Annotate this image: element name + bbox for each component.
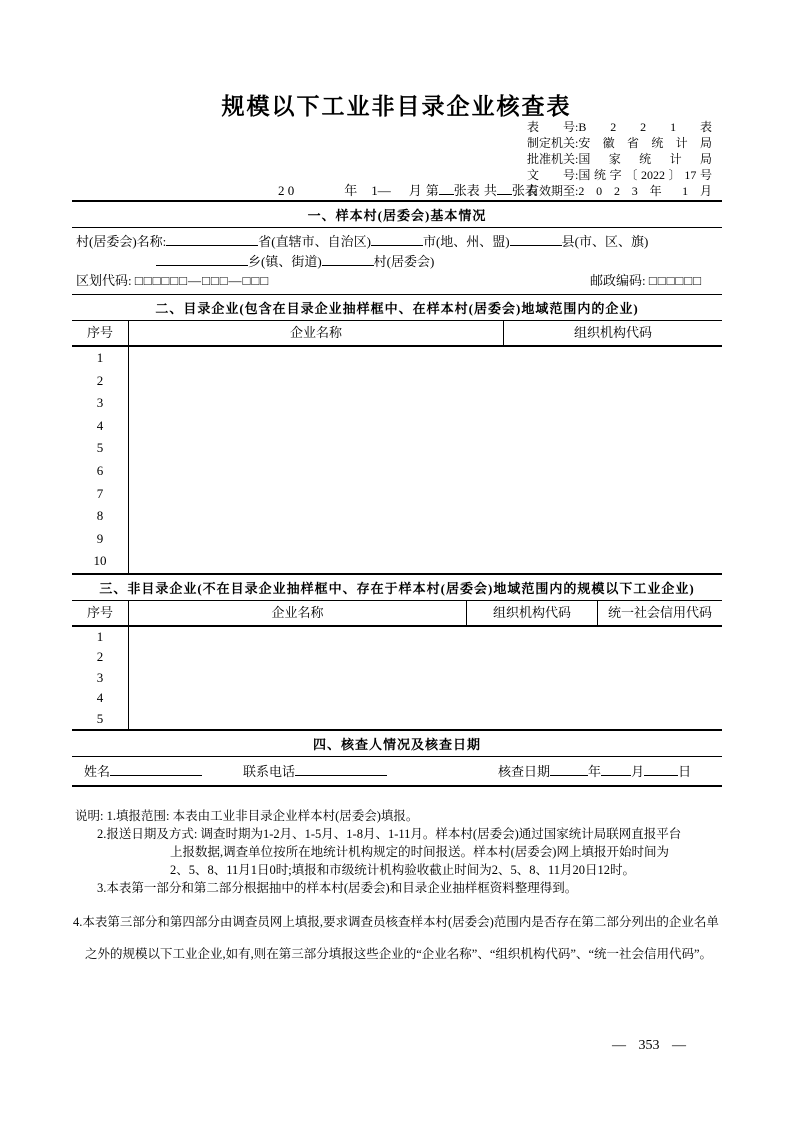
valid-until-value: 2 0 2 3 年 1 月	[578, 183, 712, 199]
period-month-unit: 月	[409, 183, 422, 198]
row-fields	[128, 437, 722, 460]
city-blank	[371, 231, 423, 246]
period-month: 1—	[371, 183, 391, 198]
meta-line-issuing-agency: 制定机关: 安 徽 省 统 计 局	[527, 135, 712, 151]
note-line-5: 3.本表第一部分和第二部分根据抽中的样本村(居委会)和目录企业抽样框资料整理得到…	[72, 879, 722, 897]
phone-blank	[295, 761, 387, 776]
code-line: 区划代码: □□□□□□—□□□—□□□ 邮政编码: □□□□□□	[72, 270, 722, 290]
col-seq: 序号	[72, 321, 128, 345]
date-month-blank	[601, 761, 631, 776]
row-fields	[128, 370, 722, 393]
row-fields	[128, 347, 722, 370]
row-fields	[128, 668, 722, 688]
row-fields	[128, 688, 722, 708]
table-row: 8	[72, 505, 722, 528]
row-fields	[128, 550, 722, 573]
row-seq: 1	[72, 627, 128, 647]
page-number: — 353 —	[612, 1038, 686, 1054]
sheet-total-unit: 张表	[512, 183, 538, 198]
issuing-agency-label: 制定机关:	[527, 135, 578, 151]
issuing-agency-value: 安 徽 省 统 计 局	[578, 135, 712, 151]
non-directory-enterprises-table: 序号 企业名称 组织机构代码 统一社会信用代码 1 2 3 4 5	[72, 600, 722, 731]
table-row: 2	[72, 647, 722, 667]
village-name-line: 村(居委会)名称:省(直辖市、自治区)市(地、州、盟)县(市、区、旗)	[72, 231, 722, 251]
table-row: 3	[72, 392, 722, 415]
village-name-label: 村(居委会)名称:	[76, 234, 166, 249]
note-line-3: 上报数据,调查单位按所在地统计机构规定的时间报送。样本村(居委会)网上填报开始时…	[72, 843, 722, 861]
note-line-6: 4.本表第三部分和第四部分由调查员网上填报,要求调查员核查样本村(居委会)范围内…	[72, 906, 722, 938]
section4-heading: 四、核查人情况及核查日期	[72, 731, 722, 757]
row-fields	[128, 647, 722, 667]
table-row: 2	[72, 370, 722, 393]
col-org-code: 组织机构代码	[504, 321, 722, 345]
sheet-total-blank	[497, 180, 512, 195]
row-seq: 9	[72, 528, 128, 551]
inspector-name-blank	[110, 761, 202, 776]
row-seq: 3	[72, 392, 128, 415]
sheet-total-label: 共	[484, 183, 497, 198]
period-line: 2 0年1—月第张表共张表	[278, 180, 538, 199]
approving-agency-label: 批准机关:	[527, 151, 578, 167]
table-row: 5	[72, 437, 722, 460]
table-row: 6	[72, 460, 722, 483]
inspector-line: 姓名联系电话核查日期年月日	[72, 757, 722, 787]
day-unit: 日	[678, 764, 691, 779]
row-seq: 7	[72, 483, 128, 506]
row-seq: 10	[72, 550, 128, 573]
row-fields	[128, 392, 722, 415]
postal-code-label: 邮政编码:	[590, 273, 646, 288]
row-fields	[128, 483, 722, 506]
row-fields	[128, 460, 722, 483]
township-line: 乡(镇、街道)村(居委会)	[72, 251, 722, 270]
col-seq: 序号	[72, 601, 128, 625]
inspector-name-label: 姓名	[84, 764, 110, 779]
row-seq: 1	[72, 347, 128, 370]
county-blank	[510, 231, 562, 246]
table-row: 5	[72, 709, 722, 729]
row-seq: 5	[72, 437, 128, 460]
row-seq: 6	[72, 460, 128, 483]
table-row: 9	[72, 528, 722, 551]
doc-no-value: 国统字〔2022〕17号	[578, 167, 712, 183]
form-title: 规模以下工业非目录企业核查表	[0, 88, 793, 121]
col-org-code: 组织机构代码	[467, 601, 598, 625]
form-page: 规模以下工业非目录企业核查表 表 号: B 2 2 1 表 制定机关: 安 徽 …	[0, 0, 793, 1122]
note-line-1: 说明: 1.填报范围: 本表由工业非目录企业样本村(居委会)填报。	[72, 807, 722, 825]
row-seq: 2	[72, 647, 128, 667]
postal-code: 邮政编码: □□□□□□	[590, 271, 702, 290]
date-day-blank	[644, 761, 678, 776]
year-unit: 年	[588, 764, 601, 779]
table-header: 序号 企业名称 组织机构代码	[72, 321, 722, 347]
meta-line-valid-until: 有效期至: 2 0 2 3 年 1 月	[527, 183, 712, 199]
village-blank	[322, 251, 374, 266]
row-seq: 8	[72, 505, 128, 528]
col-social-credit-code: 统一社会信用代码	[598, 601, 722, 625]
notes-block: 说明: 1.填报范围: 本表由工业非目录企业样本村(居委会)填报。 2.报送日期…	[72, 807, 722, 970]
col-enterprise-name: 企业名称	[128, 601, 467, 625]
row-seq: 4	[72, 415, 128, 438]
sheet-no-blank	[439, 180, 454, 195]
note-line-4: 2、5、8、11月1日0时;填报和市级统计机构验收截止时间为2、5、8、11月2…	[72, 861, 722, 879]
table-row: 1	[72, 627, 722, 647]
sheet-no-unit: 张表	[454, 183, 480, 198]
directory-enterprises-table: 序号 企业名称 组织机构代码 1 2 3 4 5 6 7 8 9 10	[72, 320, 722, 575]
postal-code-boxes: □□□□□□	[649, 273, 702, 288]
row-seq: 5	[72, 709, 128, 729]
division-code-boxes: □□□□□□—□□□—□□□	[135, 273, 269, 288]
form-meta-block: 表 号: B 2 2 1 表 制定机关: 安 徽 省 统 计 局 批准机关: 国…	[527, 119, 712, 199]
form-no-value: B 2 2 1 表	[578, 119, 712, 135]
row-seq: 4	[72, 688, 128, 708]
meta-line-form-no: 表 号: B 2 2 1 表	[527, 119, 712, 135]
row-seq: 3	[72, 668, 128, 688]
section2-heading: 二、目录企业(包含在目录企业抽样框中、在样本村(居委会)地域范围内的企业)	[72, 295, 722, 320]
row-fields	[128, 505, 722, 528]
township-blank	[156, 251, 248, 266]
table-row: 7	[72, 483, 722, 506]
table-row: 4	[72, 688, 722, 708]
period-year-unit: 年	[344, 183, 357, 198]
row-fields	[128, 709, 722, 729]
division-code-label: 区划代码:	[76, 273, 132, 288]
county-suffix: 县(市、区、旗)	[562, 234, 649, 249]
date-year-blank	[550, 761, 588, 776]
table-header: 序号 企业名称 组织机构代码 统一社会信用代码	[72, 601, 722, 627]
table-row: 4	[72, 415, 722, 438]
section1-body: 村(居委会)名称:省(直辖市、自治区)市(地、州、盟)县(市、区、旗) 乡(镇、…	[72, 228, 722, 295]
meta-line-doc-no: 文 号: 国统字〔2022〕17号	[527, 167, 712, 183]
form-no-label: 表 号:	[527, 119, 578, 135]
month-unit: 月	[631, 764, 644, 779]
col-enterprise-name: 企业名称	[128, 321, 504, 345]
note-line-7: 之外的规模以下工业企业,如有,则在第三部分填报这些企业的“企业名称”、“组织机构…	[72, 938, 722, 970]
meta-line-approving-agency: 批准机关: 国 家 统 计 局	[527, 151, 712, 167]
row-fields	[128, 528, 722, 551]
city-suffix: 市(地、州、盟)	[423, 234, 510, 249]
sheet-no-label: 第	[426, 183, 439, 198]
period-year: 2 0	[278, 183, 294, 198]
section3-heading: 三、非目录企业(不在目录企业抽样框中、存在于样本村(居委会)地域范围内的规模以下…	[72, 575, 722, 600]
province-blank	[166, 231, 258, 246]
row-fields	[128, 627, 722, 647]
province-suffix: 省(直辖市、自治区)	[258, 234, 371, 249]
table-row: 3	[72, 668, 722, 688]
inspection-date-label: 核查日期	[498, 764, 550, 779]
township-suffix: 乡(镇、街道)	[248, 254, 322, 269]
table-row: 10	[72, 550, 722, 573]
form-body: 一、样本村(居委会)基本情况 村(居委会)名称:省(直辖市、自治区)市(地、州、…	[72, 200, 722, 970]
section1-heading: 一、样本村(居委会)基本情况	[72, 202, 722, 228]
approving-agency-value: 国 家 统 计 局	[578, 151, 712, 167]
division-code: 区划代码: □□□□□□—□□□—□□□	[76, 271, 269, 290]
phone-label: 联系电话	[243, 764, 295, 779]
note-line-2: 2.报送日期及方式: 调查时期为1-2月、1-5月、1-8月、1-11月。样本村…	[72, 825, 722, 843]
table-row: 1	[72, 347, 722, 370]
row-seq: 2	[72, 370, 128, 393]
row-fields	[128, 415, 722, 438]
village-suffix: 村(居委会)	[374, 254, 435, 269]
